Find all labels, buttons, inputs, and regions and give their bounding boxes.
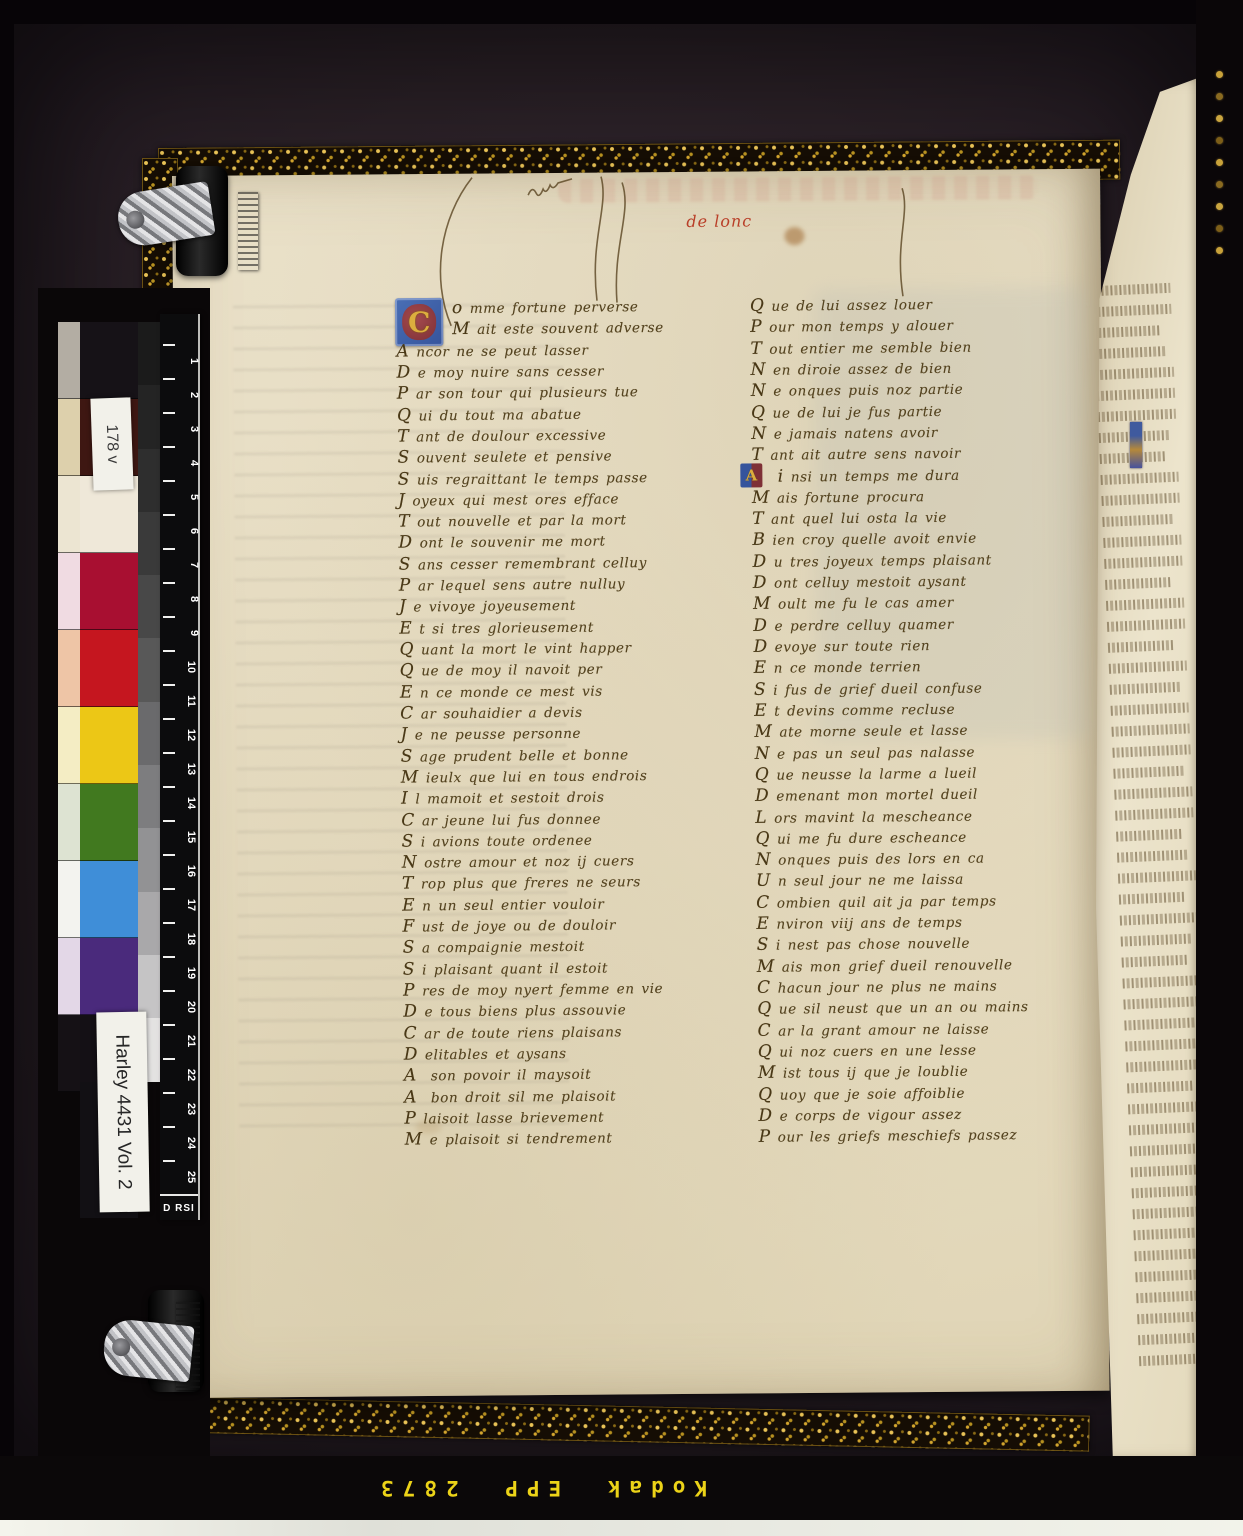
gray-step-patch [138,512,160,575]
rubric-running-title: de lonc [686,211,752,231]
ruler-unit: 5 [160,480,198,514]
ruler-number: 3 [188,426,200,432]
ruler-number: 19 [185,967,197,979]
manuscript-page: de lonc C A omme fortune perverseMait es… [172,169,1110,1398]
ruler-unit: 20 [160,990,198,1024]
ruler-number: 1 [188,358,200,364]
facing-page-line [1096,367,1174,380]
gray-step-patch [138,765,160,828]
gray-step-patch [138,449,160,512]
facing-page-initial [1130,422,1142,468]
ruler-tick [163,650,175,652]
ruler-unit: 25 [160,1160,198,1194]
ruler-tick [163,684,175,686]
ruler-unit: 15 [160,820,198,854]
facing-page-line [1107,618,1185,631]
ruler-tick [163,1024,175,1026]
calibration-pale-patches [58,322,80,1092]
ruler-tick [163,412,175,414]
ruler-unit: 12 [160,718,198,752]
gold-dot [1216,137,1223,144]
facing-page-line [1111,702,1189,715]
verse-line: Pour les griefs meschiefs passez [759,1123,1103,1148]
parchment-stain [784,227,804,245]
ruler-unit: 2 [160,378,198,412]
ruler-number: 16 [185,865,197,877]
ruler-tick [163,820,175,822]
facing-page-line [1128,1101,1200,1114]
film-brand-text: Kodak EPP 2873 [372,1476,707,1500]
ruler-number: 10 [185,661,197,673]
facing-page-line [1109,660,1187,673]
ruler-footer: D RSI [160,1194,198,1220]
ruler-tick [163,616,175,618]
ruler-number: 18 [185,933,197,945]
facing-page-line [1119,892,1185,905]
ruler-unit: 1 [160,344,198,378]
color-patch [58,784,80,861]
facing-page-line [1115,807,1193,820]
gray-step-patch [138,955,160,1018]
facing-page-line [1127,1081,1193,1094]
gold-dot [1216,93,1223,100]
ruler-tick [163,480,175,482]
ruler-tick [163,1058,175,1060]
ruler-number: 24 [185,1137,197,1149]
facing-page-line [1111,723,1189,736]
ruler-tick [163,1160,175,1162]
facing-page-line [1120,912,1198,925]
facing-page-line [1110,682,1182,695]
ruler-tick [163,718,175,720]
ruler-unit: 11 [160,684,198,718]
ruler-number: 2 [188,392,200,398]
ruler-unit: 14 [160,786,198,820]
ruler-tick [163,1126,175,1128]
ruler-number: 17 [185,899,197,911]
ruler-tick [163,990,175,992]
color-patch [80,553,138,630]
photographic-ruler: 1 2 3 4 5 6 7 8 [160,314,200,1220]
ruler-tick [163,956,175,958]
facing-page-line [1122,955,1188,968]
gray-step-patch [138,638,160,701]
ruler-number: 20 [185,1001,197,1013]
facing-page-line [1104,556,1182,569]
facing-page-line [1095,346,1167,359]
ruler-unit: 24 [160,1126,198,1160]
gold-dot [1216,159,1223,166]
photograph-frame: de lonc C A omme fortune perverseMait es… [0,0,1243,1536]
facing-page-line [1113,766,1185,779]
ruler-unit: 7 [160,548,198,582]
ruler-unit: 4 [160,446,198,480]
ruler-number: 25 [185,1171,197,1183]
color-patch [80,630,138,707]
ruler-unit: 9 [160,616,198,650]
ruler-unit: 6 [160,514,198,548]
facing-page-line [1116,829,1182,842]
facing-page-line [1108,640,1174,653]
ruler-number: 4 [188,460,200,466]
ruler-tick [163,548,175,550]
facing-page-line [1103,535,1181,548]
facing-page-line [1118,870,1196,883]
facing-page-line [1094,325,1160,338]
ruler-number: 22 [185,1069,197,1081]
ruler-number: 21 [185,1035,197,1047]
ruler-number: 8 [188,596,200,602]
ruler-unit: 22 [160,1058,198,1092]
color-patch [58,476,80,553]
fore-edge-black-band [1196,0,1243,1536]
ruler-number: 7 [188,562,200,568]
verse-line: Me plaisoit si tendrement [405,1126,737,1151]
color-patch [58,861,80,938]
ruler-number: 6 [188,528,200,534]
ruler-tick [163,344,175,346]
ruler-tick [163,446,175,448]
facing-page-line [1122,975,1200,988]
ruler-number: 23 [185,1103,197,1115]
gold-dot [1216,115,1223,122]
facing-page-line [1105,577,1171,590]
facing-page-line [1114,786,1192,799]
ruler-unit: 16 [160,854,198,888]
ruler-number: 12 [185,729,197,741]
ruler-tick [163,514,175,516]
ruler-number: 13 [185,763,197,775]
gray-step-patch [138,322,160,385]
color-patch [58,630,80,707]
facing-page-line [1102,514,1174,527]
ruler-tick [163,922,175,924]
facing-page-line [1125,1038,1203,1051]
ruler-tick [163,854,175,856]
gold-dot [1216,71,1223,78]
show-through-header [558,175,1038,203]
ruler-unit: 21 [160,1024,198,1058]
calibration-gray-steps [138,322,160,1082]
ruler-unit: 18 [160,922,198,956]
ruler-scale: 1 2 3 4 5 6 7 8 [160,344,198,1194]
text-column-right: Que de lui assez louerPour mon temps y a… [750,292,1103,1148]
ruler-tick [163,582,175,584]
gray-step-patch [138,892,160,955]
facing-page-line [1132,1185,1204,1198]
facing-page-line [1092,283,1170,296]
folio-number-label: 178 v [90,397,133,490]
ruler-unit: 8 [160,582,198,616]
gold-dot [1216,181,1223,188]
facing-page-line [1097,388,1175,401]
gray-step-patch [138,575,160,638]
facing-page-line [1106,598,1184,611]
facing-page-line [1121,933,1193,946]
ruler-tick [163,1092,175,1094]
ruler-number: 11 [185,695,197,707]
text-column-left: omme fortune perverseMait este souvent a… [396,295,737,1151]
facing-page-line [1093,304,1171,317]
color-patch [58,322,80,399]
color-patch [58,938,80,1015]
facing-page-line [1126,1059,1204,1072]
ruler-tick [163,888,175,890]
facing-page-line [1124,1017,1202,1030]
ruler-unit: 23 [160,1092,198,1126]
facing-page-line [1098,409,1176,422]
color-patch [58,553,80,630]
gold-dot [1216,225,1223,232]
color-patch [80,861,138,938]
gold-dot [1216,247,1223,254]
ruler-number: 14 [185,797,197,809]
color-patch [58,1015,80,1092]
gray-step-patch [138,385,160,448]
ruler-unit: 17 [160,888,198,922]
gold-dot [1216,203,1223,210]
ruler-tick [163,378,175,380]
ruler-unit: 3 [160,412,198,446]
facing-page-line [1133,1206,1199,1219]
facing-page-line [1100,472,1178,485]
gray-step-patch [138,702,160,765]
ruler-number: 5 [188,494,200,500]
ruler-tick [163,752,175,754]
color-patch [58,707,80,784]
facing-page-line [1123,996,1201,1009]
ruler-unit: 19 [160,956,198,990]
facing-page-line [1112,744,1190,757]
ruler-tick [163,786,175,788]
color-patch [80,784,138,861]
gray-step-patch [138,828,160,891]
facing-page-line [1101,493,1179,506]
ruler-blank [160,314,198,344]
color-patch [80,322,138,399]
color-patch [80,707,138,784]
metal-strip-top [238,192,258,270]
photo-bottom-edge [0,1520,1243,1536]
ruler-unit: 10 [160,650,198,684]
color-patch [58,399,80,476]
facing-page-line [1117,850,1189,863]
gilt-edge-dots [1206,56,1232,254]
shelfmark-label: Harley 4431 Vol. 2 [96,1012,149,1213]
ruler-unit: 13 [160,752,198,786]
ruler-number: 9 [188,630,200,636]
ruler-number: 15 [185,831,197,843]
facing-page-line [1130,1144,1196,1157]
color-patch [80,938,138,1015]
